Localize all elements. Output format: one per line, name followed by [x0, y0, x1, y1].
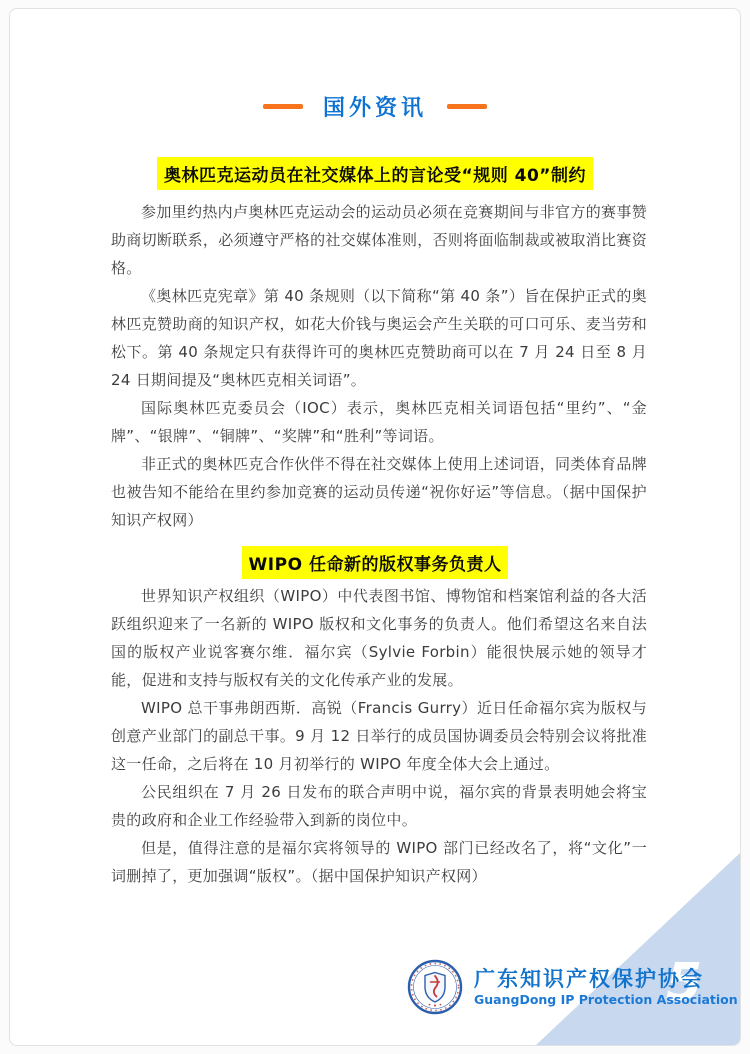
paragraph: 公民组织在 7 月 26 日发布的联合声明中说，福尔宾的背景表明她会将宝贵的政府…: [111, 778, 647, 834]
footer: 广东知识产权保护协会 GuangDong IP Protection Assoc…: [407, 959, 738, 1015]
paragraph: 非正式的奥林匹克合作伙伴不得在社交媒体上使用上述词语，同类体育品牌也被告知不能给…: [111, 450, 647, 534]
paragraph: WIPO 总干事弗朗西斯．高锐（Francis Gurry）近日任命福尔宾为版权…: [111, 694, 647, 778]
paragraph: 《奥林匹克宪章》第 40 条规则（以下简称“第 40 条”）旨在保护正式的奥林匹…: [111, 282, 647, 394]
newsletter-page: 国外资讯 奥林匹克运动员在社交媒体上的言论受“规则 40”制约 参加里约热内卢奥…: [9, 8, 741, 1046]
org-name-english: GuangDong IP Protection Association: [474, 992, 738, 1008]
section-header: 国外资讯: [10, 91, 740, 122]
article-1-title-text: 奥林匹克运动员在社交媒体上的言论受“规则 40”制约: [157, 157, 593, 190]
paragraph: 但是，值得注意的是福尔宾将领导的 WIPO 部门已经改名了，将“文化”一词删掉了…: [111, 834, 647, 890]
org-names: 广东知识产权保护协会 GuangDong IP Protection Assoc…: [474, 966, 738, 1008]
header-dash-left-icon: [263, 104, 303, 109]
paragraph: 参加里约热内卢奥林匹克运动会的运动员必须在竞赛期间与非官方的赛事赞助商切断联系，…: [111, 198, 647, 282]
newsletter-canvas: 国外资讯 奥林匹克运动员在社交媒体上的言论受“规则 40”制约 参加里约热内卢奥…: [0, 0, 750, 1054]
org-name-chinese: 广东知识产权保护协会: [474, 966, 738, 992]
article-2-body: 世界知识产权组织（WIPO）中代表图书馆、博物馆和档案馆利益的各大活跃组织迎来了…: [111, 582, 647, 890]
article-1-title: 奥林匹克运动员在社交媒体上的言论受“规则 40”制约: [10, 157, 740, 190]
section-title: 国外资讯: [323, 91, 427, 122]
paragraph: 世界知识产权组织（WIPO）中代表图书馆、博物馆和档案馆利益的各大活跃组织迎来了…: [111, 582, 647, 694]
paragraph: 国际奥林匹克委员会（IOC）表示，奥林匹克相关词语包括“里约”、“金牌”、“银牌…: [111, 394, 647, 450]
article-2-title-text: WIPO 任命新的版权事务负责人: [242, 546, 509, 579]
header-dash-right-icon: [447, 104, 487, 109]
article-1-body: 参加里约热内卢奥林匹克运动会的运动员必须在竞赛期间与非官方的赛事赞助商切断联系，…: [111, 198, 647, 534]
article-2-title: WIPO 任命新的版权事务负责人: [10, 546, 740, 579]
gdippa-seal-icon: [407, 959, 463, 1015]
